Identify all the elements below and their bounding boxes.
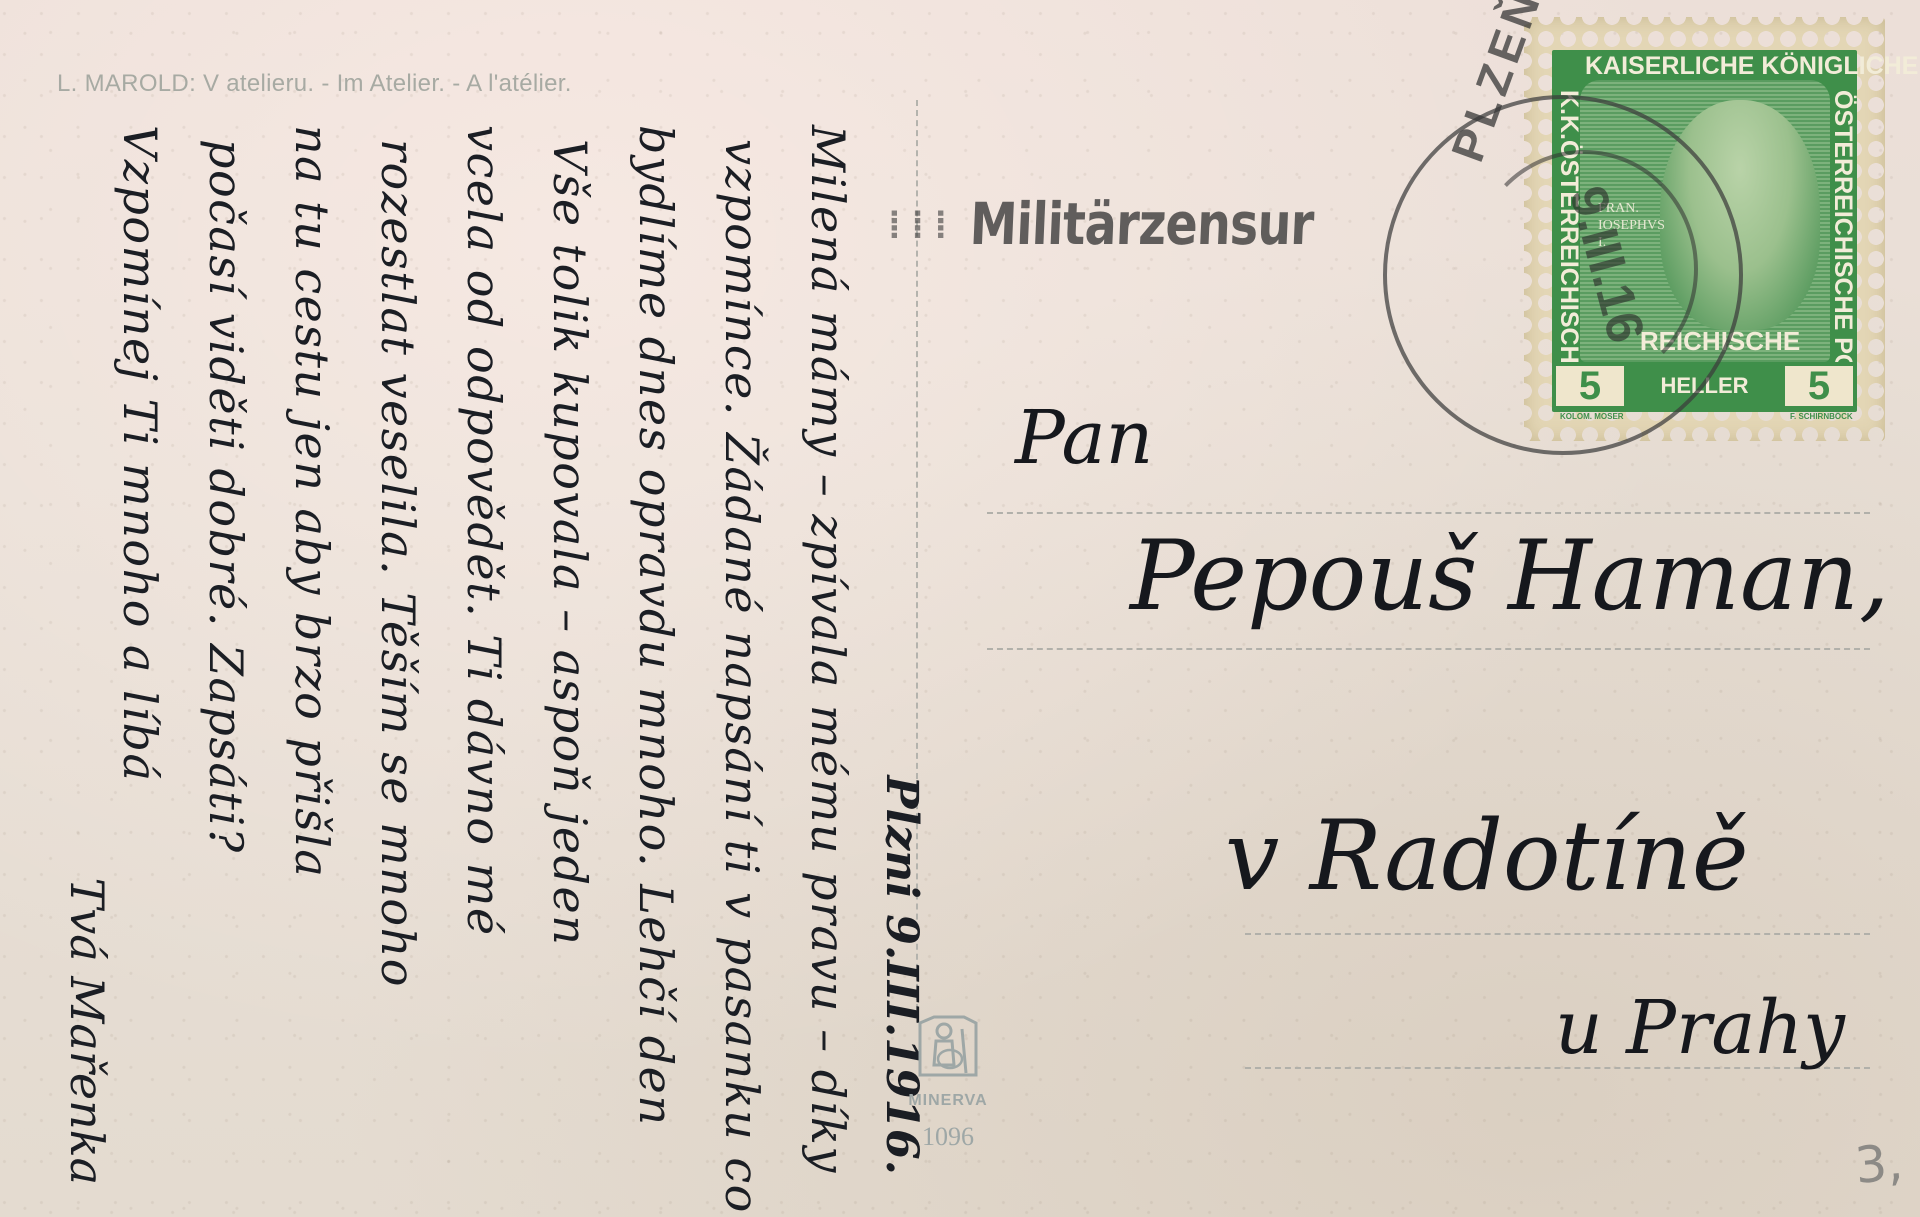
censor-mark: Militärzensur [969,190,1315,258]
publisher-number: 1096 [893,1122,1003,1152]
pencil-mark: 3, [1853,1133,1906,1195]
address-name: Pepouš Haman, [1130,520,1890,632]
printed-caption: L. MAROLD: V atelieru. - Im Atelier. - A… [57,70,572,98]
message-line: počasí viděti dobré. Zapsáti? [199,139,253,854]
address-line [987,512,1870,514]
address-place: v Radotíně [1225,800,1749,912]
handwritten-message: Plzni 9.III.1916. Milená mámy – zpívala … [40,95,945,1215]
address-region: u Prahy [1555,985,1845,1071]
message-line: Vzpomínej Ti mnoho a líbá [113,125,167,782]
message-line: Vše tolik kupovala – aspoň jeden [543,139,597,946]
message-line: vcela od odpovědět. Ti dávno mé [457,125,511,937]
publisher-name: MINERVA [893,1092,1003,1110]
address-line [1245,933,1870,935]
message-line: na tu cestu jen aby brzo přišla [285,125,339,878]
stamp-credit-right: F. SCHIRNBÖCK [1790,412,1853,421]
postcard-back: L. MAROLD: V atelieru. - Im Atelier. - A… [0,0,1920,1217]
message-line: Milená mámy – zpívala mému pravu – díky [801,125,855,1174]
message-line: vzpomínce. Žádané napsání ti v pasanku c… [715,139,769,1214]
stamp-text-right: ÖSTERREICHISCHE POST [1828,90,1857,330]
stamp-text-top: KAISERLICHE KÖNIGLICHE [1585,52,1855,81]
publisher-mark: MINERVA 1096 [893,1015,1003,1152]
address-line [987,648,1870,650]
message-line: bydlíme dnes opravdu mnoho. Lehčí den [629,125,683,1127]
address-salutation: Pan [1015,395,1153,481]
censor-mark-prefix: ⁞ ⁞ ⁞ [888,205,947,248]
minerva-logo-icon [914,1015,982,1087]
message-signature: Tvá Mařenka [60,878,114,1185]
message-line: rozestlat veselila. Těším se mnoho [371,139,425,988]
stamp-value-right: 5 [1781,362,1857,410]
